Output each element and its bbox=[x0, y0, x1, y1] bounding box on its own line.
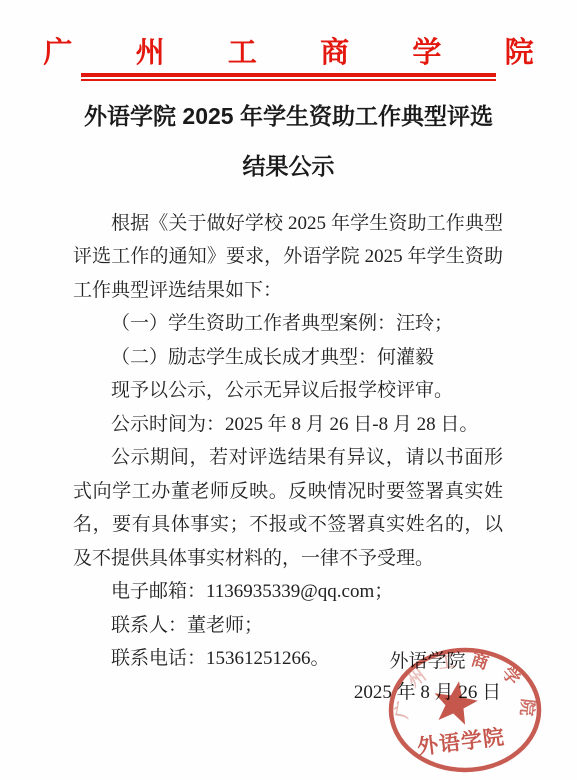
letterhead-rule-thick bbox=[81, 73, 496, 77]
signature-block: 外语学院 2025 年 8 月 26 日 bbox=[340, 646, 515, 708]
letterhead-rule bbox=[81, 73, 496, 81]
signature-date: 2025 年 8 月 26 日 bbox=[340, 677, 515, 708]
paragraph-email: 电子邮箱：1136935339@qq.com； bbox=[73, 575, 503, 609]
paragraph-publicity-time: 公示时间为：2025 年 8 月 26 日-8 月 28 日。 bbox=[73, 408, 503, 442]
paragraph-item-1: （一）学生资助工作者典型案例：汪玲； bbox=[73, 307, 503, 341]
paragraph-objection: 公示期间，若对评选结果有异议，请以书面形式向学工办董老师反映。反映情况时要签署真… bbox=[73, 441, 503, 575]
seal-arc-char: 院 bbox=[515, 698, 538, 731]
paragraph-announce: 现予以公示，公示无异议后报学校评审。 bbox=[73, 374, 503, 408]
signature-department: 外语学院 bbox=[340, 646, 515, 677]
paragraph-intro: 根据《关于做好学校 2025 年学生资助工作典型评选工作的通知》要求，外语学院 … bbox=[73, 207, 503, 308]
document-body: 根据《关于做好学校 2025 年学生资助工作典型评选工作的通知》要求，外语学院 … bbox=[73, 207, 503, 676]
title-line-1: 外语学院 2025 年学生资助工作典型评选 bbox=[0, 91, 577, 141]
letterhead: 广 州 工 商 学 院 bbox=[0, 37, 577, 81]
document-page: 广 州 工 商 学 院 外语学院 2025 年学生资助工作典型评选 结果公示 根… bbox=[0, 0, 577, 780]
letterhead-rule-thin bbox=[81, 79, 496, 81]
paragraph-item-2: （二）励志学生成长成才典型：何灌毅 bbox=[73, 341, 503, 375]
paragraph-contact-person: 联系人：董老师； bbox=[73, 609, 503, 643]
title-line-2: 结果公示 bbox=[0, 141, 577, 191]
university-name: 广 州 工 商 学 院 bbox=[0, 37, 577, 69]
document-title: 外语学院 2025 年学生资助工作典型评选 结果公示 bbox=[0, 91, 577, 191]
seal-bottom-text: 外语学院 bbox=[416, 725, 506, 760]
